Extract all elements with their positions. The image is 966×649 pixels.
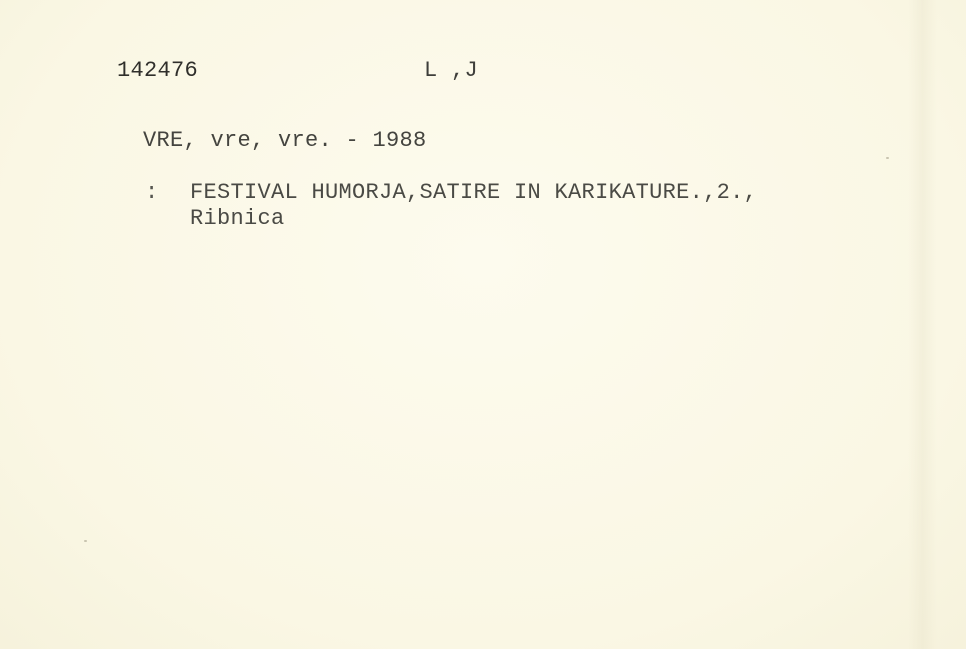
imprint-line: VRE, vre, vre. - 1988 [143, 128, 427, 153]
paper-speck [886, 157, 889, 159]
title-separator: : [145, 180, 159, 205]
title-block: FESTIVAL HUMORJA,SATIRE IN KARIKATURE.,2… [190, 180, 757, 232]
catalog-card: 142476 L ,J VRE, vre, vre. - 1988 : FEST… [0, 0, 966, 649]
author-heading: L ,J [424, 58, 478, 83]
title-line-1: FESTIVAL HUMORJA,SATIRE IN KARIKATURE.,2… [190, 180, 757, 205]
title-line-2: Ribnica [190, 206, 285, 231]
paper-speck [84, 540, 87, 542]
accession-number: 142476 [117, 58, 198, 83]
